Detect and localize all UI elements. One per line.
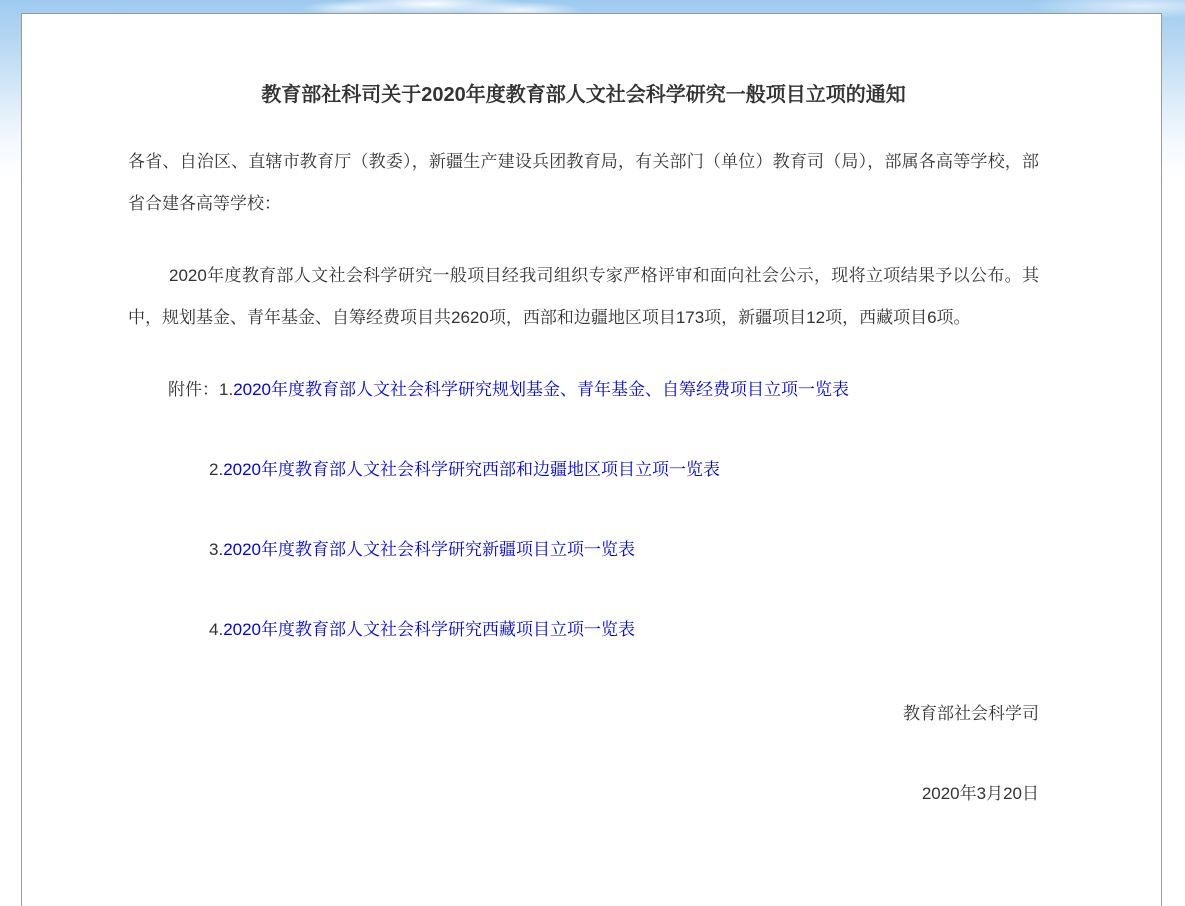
attachment-link-4[interactable]: 2020年度教育部人文社会科学研究西藏项目立项一览表 (223, 620, 635, 639)
page-background: 教育部社科司关于2020年度教育部人文社会科学研究一般项目立项的通知 各省、自治… (0, 0, 1185, 906)
attachment-number-3: 3. (209, 540, 223, 559)
signature: 教育部社会科学司 (128, 693, 1039, 735)
date: 2020年3月20日 (128, 773, 1039, 815)
attachment-row-4: 4.2020年度教育部人文社会科学研究西藏项目立项一览表 (128, 609, 1039, 651)
notice-document: 教育部社科司关于2020年度教育部人文社会科学研究一般项目立项的通知 各省、自治… (21, 13, 1162, 906)
body-paragraph: 2020年度教育部人文社会科学研究一般项目经我司组织专家严格评审和面向社会公示，… (128, 255, 1039, 339)
attachment-row-2: 2.2020年度教育部人文社会科学研究西部和边疆地区项目立项一览表 (128, 449, 1039, 491)
notice-title: 教育部社科司关于2020年度教育部人文社会科学研究一般项目立项的通知 (128, 79, 1039, 111)
attachment-row-3: 3.2020年度教育部人文社会科学研究新疆项目立项一览表 (128, 529, 1039, 571)
attachment-number-2: 2. (209, 460, 223, 479)
attachment-number-1: 1. (219, 380, 233, 399)
attachment-link-3[interactable]: 2020年度教育部人文社会科学研究新疆项目立项一览表 (223, 540, 635, 559)
attachment-row-1: 附件：1.2020年度教育部人文社会科学研究规划基金、青年基金、自筹经费项目立项… (128, 369, 1039, 411)
attachment-link-1[interactable]: 2020年度教育部人文社会科学研究规划基金、青年基金、自筹经费项目立项一览表 (233, 380, 849, 399)
attachment-number-4: 4. (209, 620, 223, 639)
salutation-paragraph: 各省、自治区、直辖市教育厅（教委），新疆生产建设兵团教育局，有关部门（单位）教育… (128, 141, 1039, 225)
attachment-link-2[interactable]: 2020年度教育部人文社会科学研究西部和边疆地区项目立项一览表 (223, 460, 720, 479)
attachments-label: 附件： (168, 380, 219, 399)
